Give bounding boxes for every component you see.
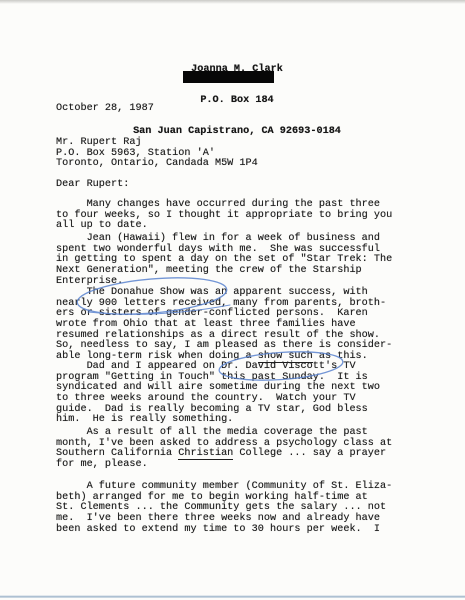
recipient-address: Mr. Rupert Raj P.O. Box 5963, Station 'A… xyxy=(56,138,258,170)
letterhead-city-line: San Juan Capistrano, CA 92693-0184 xyxy=(95,127,379,137)
paragraph-3: The Donahue Show was an apparent success… xyxy=(56,288,392,363)
page-bottom-edge xyxy=(0,595,465,598)
scan-top-edge-artifact xyxy=(0,0,465,4)
underline-christian xyxy=(178,459,233,460)
paragraph-5: As a result of all the media coverage th… xyxy=(56,428,392,471)
redaction-bar xyxy=(183,71,274,83)
paragraph-1: Many changes have occurred during the pa… xyxy=(56,200,392,232)
paragraph-6: A future community member (Community of … xyxy=(56,482,392,535)
salutation: Dear Rupert: xyxy=(56,180,129,191)
date-line: October 28, 1987 xyxy=(56,104,154,115)
underline-show-such xyxy=(258,362,313,363)
paragraph-2: Jean (Hawaii) flew in for a week of busi… xyxy=(56,234,392,287)
paragraph-4: Dad and I appeared on Dr. David Viscott'… xyxy=(56,362,380,426)
letter-page: Joanna M. Clark P.O. Box 184 San Juan Ca… xyxy=(0,0,465,600)
